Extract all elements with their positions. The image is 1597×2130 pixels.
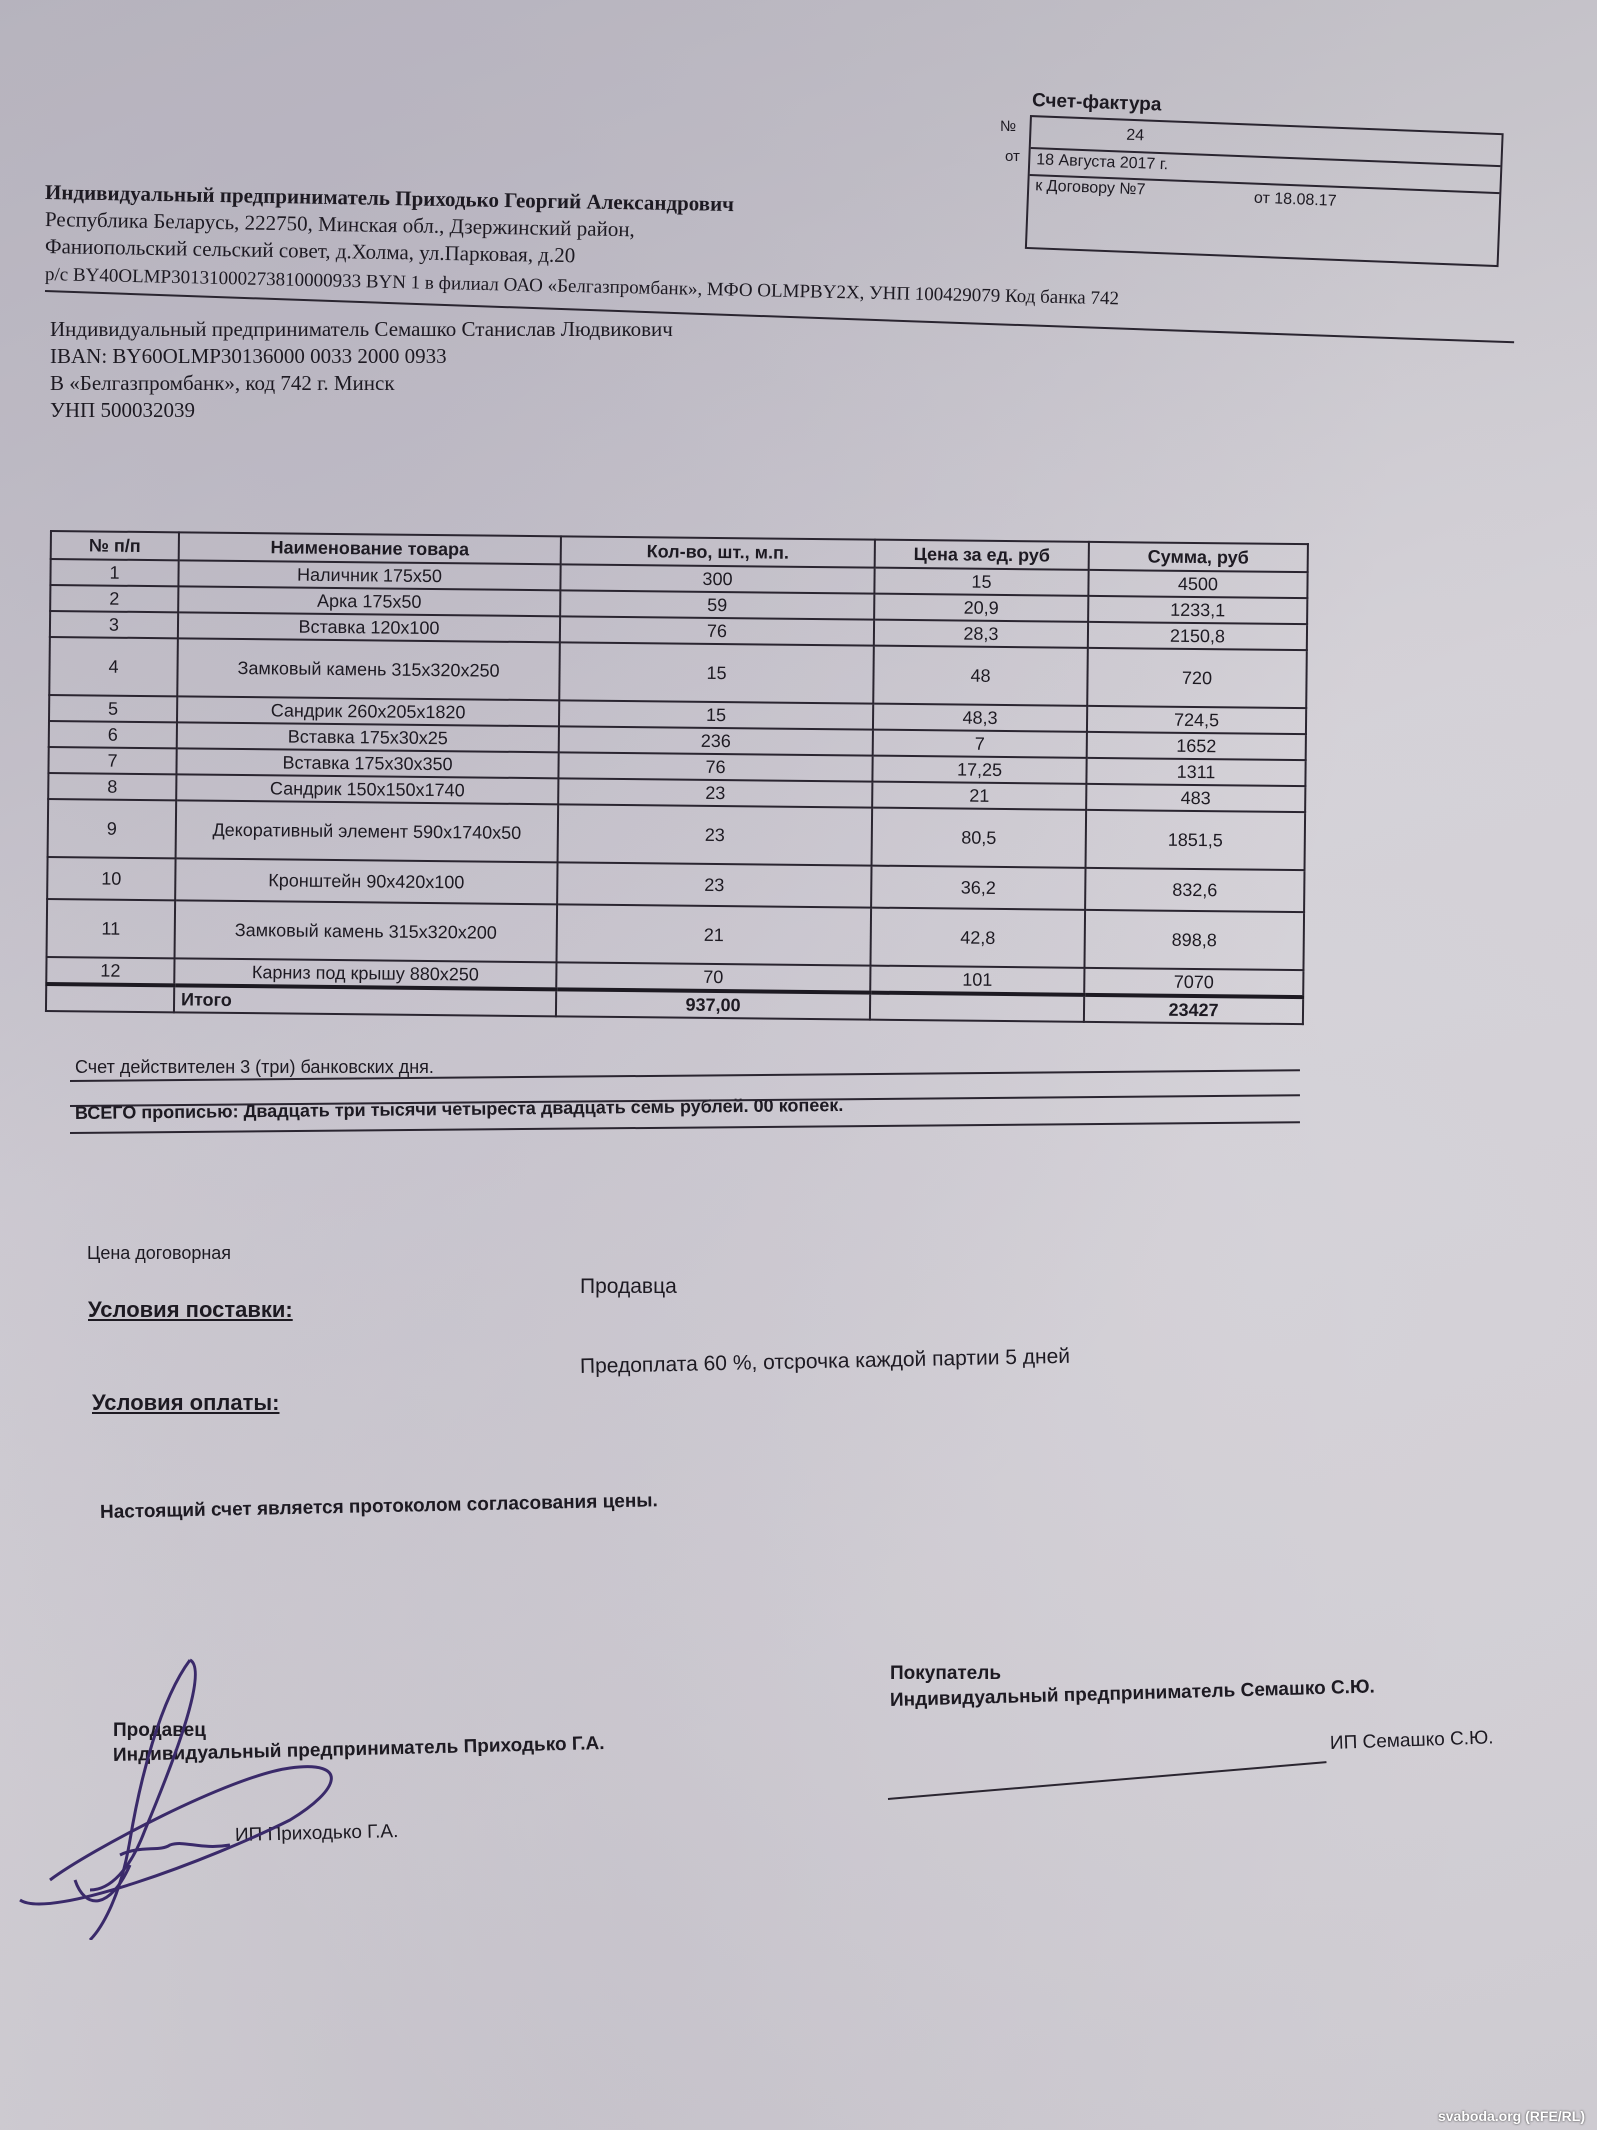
cell-price: 20,9 [874, 594, 1088, 622]
cell-price: 17,25 [872, 756, 1086, 784]
cell-num: 3 [50, 611, 178, 638]
delivery-terms-label: Условия поставки: [88, 1297, 293, 1323]
watermark: svaboda.org (RFE/RL) [1438, 2108, 1585, 2124]
cell-num: 7 [48, 747, 176, 774]
cell-sum: 724,5 [1087, 706, 1306, 734]
cell-num: 5 [49, 695, 177, 722]
cell-name: Арка 175x50 [178, 586, 560, 616]
cell-num: 12 [46, 957, 174, 985]
invoice-number: 24 [1126, 127, 1144, 146]
total-label: Итого [174, 985, 556, 1016]
payment-terms-label: Условия оплаты: [92, 1390, 279, 1416]
cell-sum: 898,8 [1084, 910, 1304, 970]
validity-note: Счет действителен 3 (три) банковских дня… [75, 1057, 434, 1078]
cell-name: Замковый камень 315x320x250 [177, 638, 560, 700]
cell-qty: 59 [560, 590, 874, 619]
cell-price: 42,8 [870, 908, 1085, 968]
buyer-name: Индивидуальный предприниматель Семашко С… [50, 317, 673, 342]
cell-sum: 7070 [1084, 968, 1303, 997]
cell-name: Декоративный элемент 590x1740x50 [176, 800, 559, 862]
cell-qty: 300 [560, 564, 874, 593]
cell-sum: 1851,5 [1086, 810, 1306, 870]
cell-price: 80,5 [872, 808, 1087, 868]
cell-sum: 483 [1086, 784, 1305, 812]
cell-qty: 70 [556, 962, 870, 992]
cell-sum: 2150,8 [1088, 622, 1307, 650]
payment-terms-value: Предоплата 60 %, отсрочка каждой партии … [580, 1345, 1071, 1379]
cell-qty: 76 [560, 616, 874, 645]
contract-label: к Договору №7 [1035, 177, 1146, 199]
col-header-num: № п/п [51, 531, 179, 560]
cell-name: Замковый камень 315x320x200 [175, 900, 558, 962]
invoice-title: Счет-фактура [1032, 90, 1162, 117]
buyer-bank: В «Белгазпромбанк», код 742 г. Минск [50, 371, 395, 396]
cell-sum: 720 [1087, 648, 1307, 708]
delivery-terms-value: Продавца [580, 1275, 677, 1299]
cell-num: 1 [50, 559, 178, 586]
cell-price: 48,3 [873, 704, 1087, 732]
cell-price: 21 [872, 782, 1086, 810]
seller-signature [10, 1640, 370, 1940]
cell-sum: 1311 [1086, 758, 1305, 786]
items-table: № п/п Наименование товара Кол-во, шт., м… [45, 530, 1309, 1025]
cell-name: Сандрик 150x150x1740 [176, 774, 558, 804]
buyer-role: Покупатель [890, 1663, 1001, 1685]
cell-price: 28,3 [874, 620, 1088, 648]
cell-sum: 1233,1 [1088, 596, 1307, 624]
col-header-name: Наименование товара [179, 532, 561, 564]
cell-qty: 23 [557, 862, 871, 907]
cell-price: 48 [873, 646, 1088, 706]
cell-qty: 15 [559, 700, 873, 729]
cell-sum: 4500 [1088, 570, 1307, 598]
cell-num: 2 [50, 585, 178, 612]
col-header-qty: Кол-во, шт., м.п. [561, 536, 875, 567]
seller-bank-account: р/с BY40OLMP30131000273810000933 BYN 1 в… [45, 264, 1119, 310]
cell-num: 10 [47, 857, 175, 900]
cell-price: 101 [870, 966, 1084, 995]
cell-num: 4 [49, 637, 178, 696]
cell-price: 7 [873, 730, 1087, 758]
cell-num: 9 [48, 799, 177, 858]
protocol-note: Настоящий счет является протоколом согла… [100, 1490, 658, 1524]
cell-qty: 23 [558, 804, 873, 865]
cell-price: 36,2 [871, 866, 1085, 910]
col-header-price: Цена за ед. руб [875, 540, 1089, 570]
buyer-signature-line [888, 1761, 1327, 1800]
cell-qty: 76 [558, 752, 872, 781]
invoice-date-label: от [1005, 148, 1020, 165]
cell-num: 11 [47, 899, 176, 958]
cell-name: Вставка 120x100 [178, 612, 560, 642]
cell-name: Вставка 175x30x350 [176, 748, 558, 778]
cell-name: Наличник 175x50 [178, 560, 560, 590]
cell-name: Сандрик 260x205x1820 [177, 696, 559, 726]
cell-qty: 236 [559, 726, 873, 755]
contract-date: от 18.08.17 [1254, 190, 1337, 211]
cell-name: Карниз под крышу 880x250 [174, 958, 556, 989]
buyer-unp: УНП 500032039 [50, 398, 195, 423]
cell-name: Кронштейн 90x420x100 [175, 858, 557, 904]
cell-qty: 15 [559, 642, 874, 703]
cell-sum: 832,6 [1085, 868, 1304, 912]
buyer-iban: IBAN: BY60OLMP30136000 0033 2000 0933 [50, 344, 447, 369]
cell-name: Вставка 175x30x25 [177, 722, 559, 752]
total-sum: 23427 [1084, 995, 1303, 1024]
buyer-signature-caption: ИП Семашко С.Ю. [1330, 1727, 1494, 1755]
total-qty: 937,00 [556, 989, 870, 1019]
cell-price: 15 [874, 568, 1088, 596]
cell-sum: 1652 [1087, 732, 1306, 760]
col-header-sum: Сумма, руб [1089, 542, 1308, 572]
cell-num: 6 [49, 721, 177, 748]
price-note: Цена договорная [87, 1243, 231, 1264]
cell-qty: 23 [558, 778, 872, 807]
invoice-box: 24 18 Августа 2017 г. к Договору №7 от 1… [1025, 115, 1504, 267]
cell-qty: 21 [557, 904, 872, 965]
cell-num: 8 [48, 773, 176, 800]
invoice-number-label: № [1000, 118, 1016, 135]
